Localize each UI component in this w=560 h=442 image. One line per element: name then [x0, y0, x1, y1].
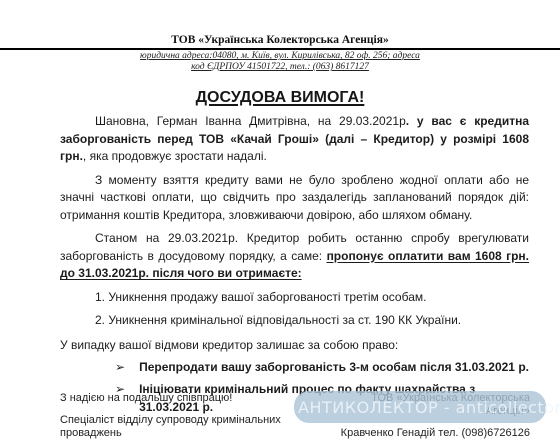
company-name: ТОВ «Українська Колекторська Агенція» — [0, 34, 560, 47]
watermark-label: АНТИКОЛЕКТОР - anticollector.ua — [298, 398, 560, 417]
document-title-text: ДОСУДОВА ВИМОГА! — [196, 89, 365, 106]
header-divider — [0, 48, 560, 50]
paragraph-debt-intro: Шановна, Герман Іванна Дмитрівна, на 29.… — [60, 113, 529, 166]
address-line-2: код ЄДРПОУ 41501722, тел.: (063) 8617127 — [0, 62, 560, 73]
p1-run3: , яка продовжує зростати надалі. — [83, 149, 267, 163]
letterhead: ТОВ «Українська Колекторська Агенція» юр… — [0, 0, 560, 73]
bullet-item-1: ➢ Перепродати вашу заборгованість 3-м ос… — [115, 358, 529, 376]
arrow-bullet-icon: ➢ — [115, 358, 125, 376]
document-page: ТОВ «Українська Колекторська Агенція» юр… — [0, 0, 560, 442]
paragraph-payment-history: З моменту взяття кредиту вами не було зр… — [60, 172, 529, 225]
refusal-intro: У випадку вашої відмови кредитор залишає… — [60, 337, 529, 355]
signoff-column: З надією на подальшу співпрацю! Спеціалі… — [60, 392, 333, 440]
p1-run1: Шановна, Герман Іванна Дмитрівна, на 29.… — [95, 114, 406, 128]
address-line-1: юридична адреса:04080, м. Київ, вул. Кир… — [0, 51, 560, 62]
document-body: Шановна, Герман Іванна Дмитрівна, на 29.… — [60, 113, 529, 416]
bullet-item-1-text: Перепродати вашу заборгованість 3-м особ… — [139, 358, 529, 376]
paragraph-settlement-offer: Станом на 29.03.2021р. Кредитор робить о… — [60, 230, 529, 283]
numbered-item-1: 1. Уникнення продажу вашої заборгованост… — [95, 289, 529, 307]
signoff-greeting: З надією на подальшу співпрацю! — [60, 392, 333, 405]
document-title: ДОСУДОВА ВИМОГА! — [0, 88, 560, 108]
signoff-role: Спеціаліст відділу супроводу кримінальни… — [60, 414, 333, 440]
watermark: АНТИКОЛЕКТОР - anticollector.ua — [294, 391, 546, 423]
numbered-item-2: 2. Уникнення кримінальної відповідальнос… — [95, 312, 529, 330]
signer-name: Кравченко Генадій тел. (098)6726126 — [333, 427, 530, 440]
